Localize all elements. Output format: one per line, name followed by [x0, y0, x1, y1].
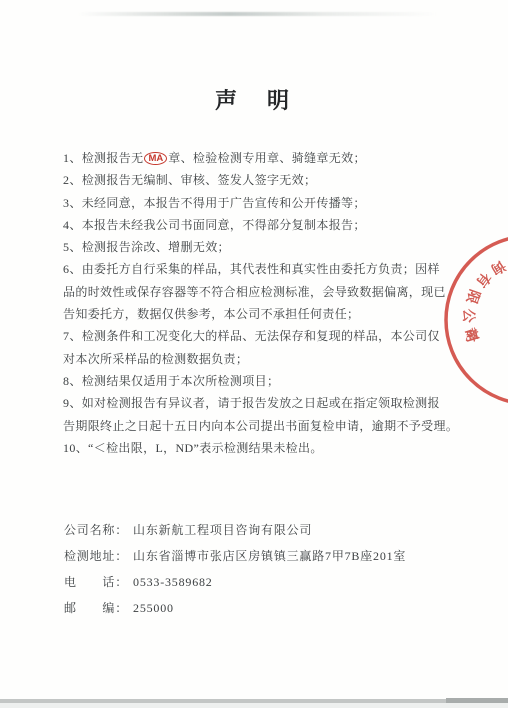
footer-value: 山东省淄博市张店区房镇镇三赢路7甲7B座201室 [133, 549, 406, 563]
company-seal-stamp: 询有限公司 章 [438, 232, 508, 408]
footer-label: 公司名称： [64, 523, 128, 537]
footer-value: 255000 [133, 601, 174, 615]
footer-value: 山东新航工程项目咨询有限公司 [133, 523, 312, 537]
statement-item-1: 1、检测报告无MA章、检验检测专用章、骑缝章无效； [63, 147, 463, 169]
footer-value: 0533-3589682 [133, 575, 213, 589]
cma-ma-stamp-icon: MA [144, 152, 167, 165]
scanned-page: 声 明 1、检测报告无MA章、检验检测专用章、骑缝章无效； 2、检测报告无编制、… [0, 0, 508, 708]
statement-item-4: 4、本报告未经我公司书面同意，不得部分复制本报告； [63, 214, 463, 236]
statement-item-7: 7、检测条件和工况变化大的样品、无法保存和复现的样品，本公司仅 对本次所采样品的… [63, 325, 463, 370]
statement-list: 1、检测报告无MA章、检验检测专用章、骑缝章无效； 2、检测报告无编制、审核、签… [63, 147, 463, 459]
scan-artifact-bottom-strip [0, 703, 508, 708]
statement-item-9: 9、如对检测报告有异议者，请于报告发放之日起或在指定领取检测报 告期限终止之日起… [63, 392, 463, 437]
footer-label: 邮 编： [64, 601, 128, 615]
footer-row-postcode: 邮 编：255000 [64, 595, 464, 621]
footer-label: 检测地址： [64, 549, 128, 563]
footer-label: 电 话： [64, 575, 128, 589]
statement-item-text: 章、检验检测专用章、骑缝章无效； [168, 151, 366, 165]
footer-row-phone: 电 话：0533-3589682 [64, 569, 464, 595]
page-title: 声 明 [0, 84, 508, 115]
statement-item-6: 6、由委托方自行采集的样品，其代表性和真实性由委托方负责；因样 品的时效性或保存… [63, 258, 463, 325]
footer-row-address: 检测地址：山东省淄博市张店区房镇镇三赢路7甲7B座201室 [64, 543, 464, 569]
footer-row-company-name: 公司名称：山东新航工程项目咨询有限公司 [64, 517, 464, 543]
company-info-block: 公司名称：山东新航工程项目咨询有限公司 检测地址：山东省淄博市张店区房镇镇三赢路… [64, 517, 464, 621]
statement-item-10: 10、“＜检出限，L，ND”表示检测结果未检出。 [63, 437, 463, 459]
statement-item-2: 2、检测报告无编制、审核、签发人签字无效； [63, 169, 463, 191]
statement-item-text: 1、检测报告无 [63, 151, 143, 165]
statement-item-3: 3、未经同意，本报告不得用于广告宣传和公开传播等； [63, 192, 463, 214]
scan-artifact-top-smudge [78, 12, 438, 16]
statement-item-5: 5、检测报告涂改、增删无效； [63, 236, 463, 258]
statement-item-8: 8、检测结果仅适用于本次所检测项目； [63, 370, 463, 392]
